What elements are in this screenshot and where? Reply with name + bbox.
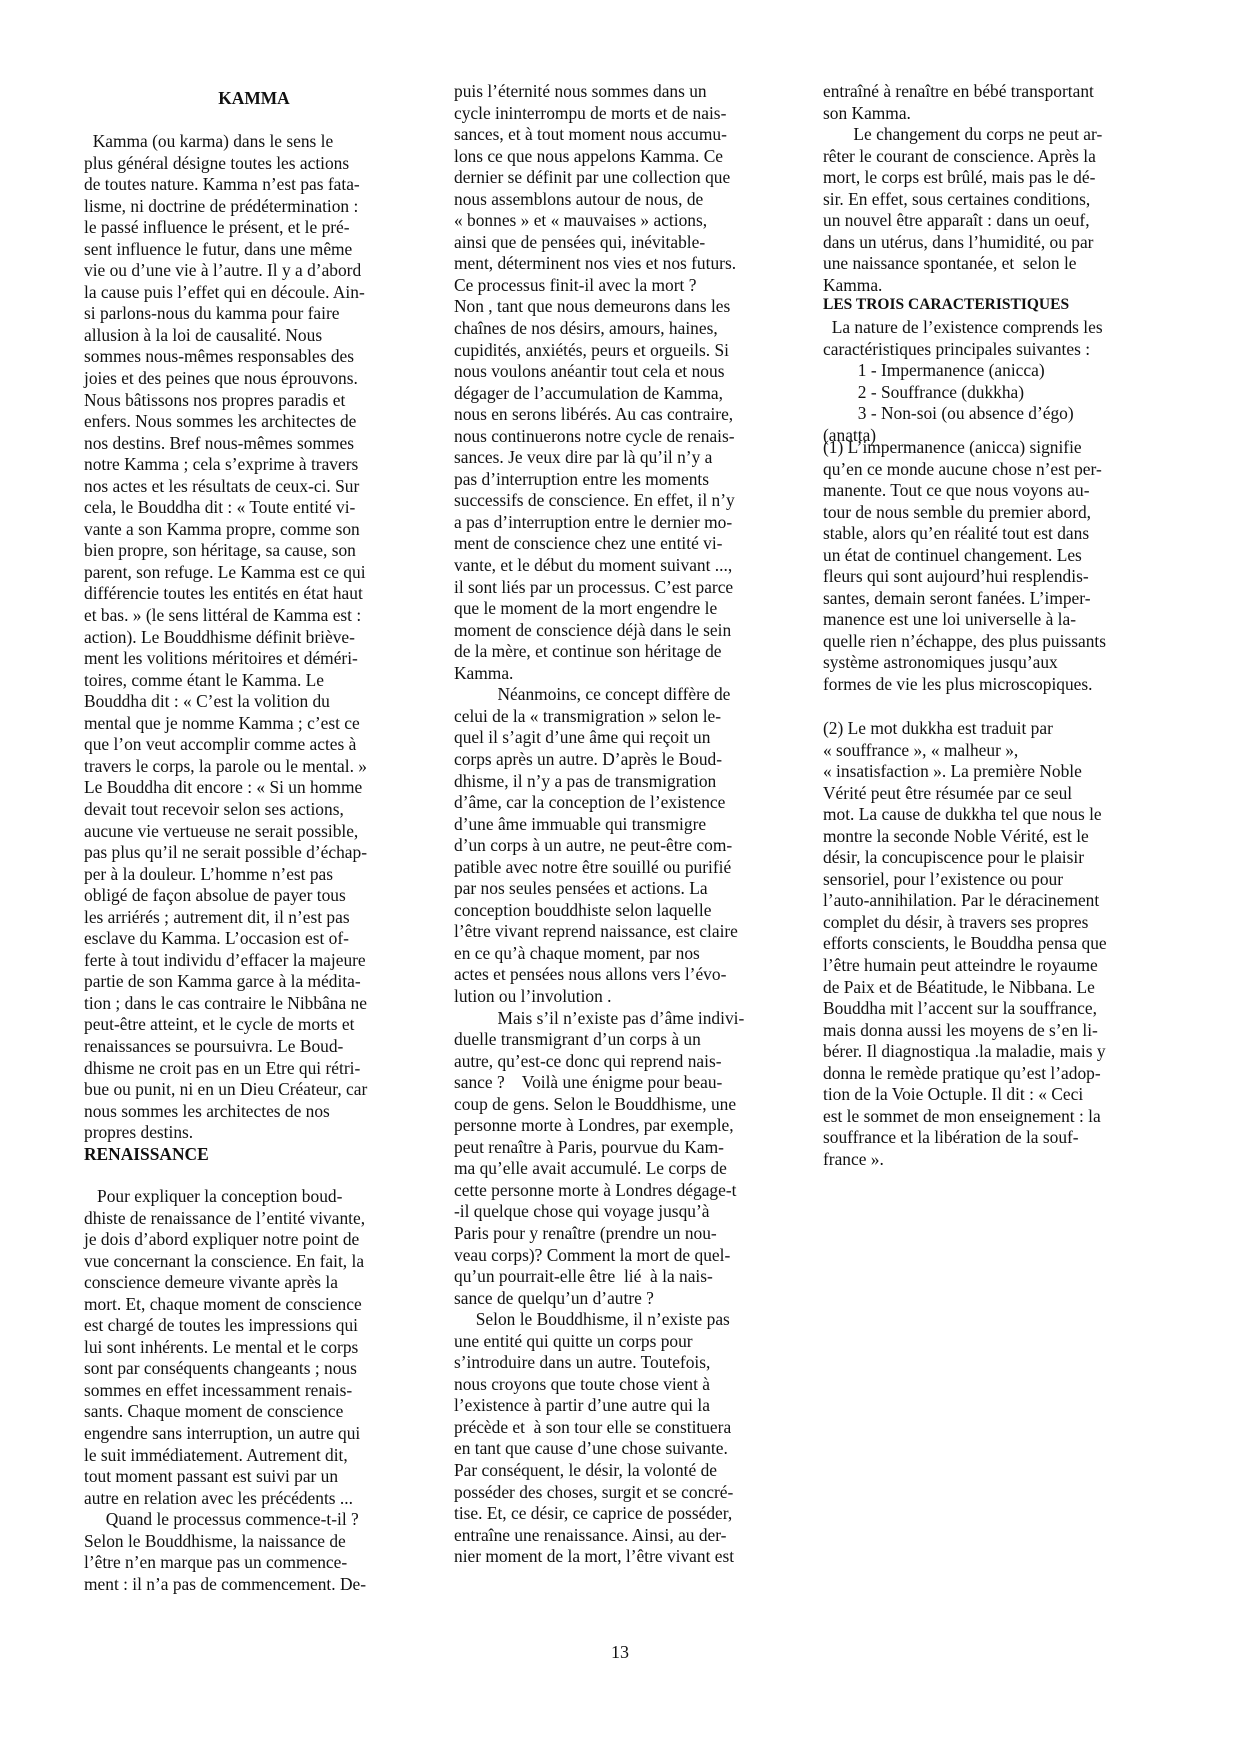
text-line: 2 - Souffrance (dukkha) bbox=[823, 382, 1163, 404]
text-line: sir. En effet, sous certaines conditions… bbox=[823, 189, 1163, 211]
text-line: sent influence le futur, dans une même bbox=[84, 239, 424, 261]
text-line: ment de conscience chez une entité vi- bbox=[454, 533, 794, 555]
text-line: cela, le Bouddha dit : « Toute entité vi… bbox=[84, 497, 424, 519]
text-line: dans un utérus, dans l’humidité, ou par bbox=[823, 232, 1163, 254]
text-line: une entité qui quitte un corps pour bbox=[454, 1331, 794, 1353]
paragraph: (1) L’impermanence (anicca) signifiequ’e… bbox=[823, 437, 1163, 696]
text-line: sants. Chaque moment de conscience bbox=[84, 1401, 424, 1423]
text-line: donna le remède pratique qu’est l’adop- bbox=[823, 1063, 1163, 1085]
text-line: puis l’éternité nous sommes dans un bbox=[454, 81, 794, 103]
text-line: sensoriel, pour l’existence ou pour bbox=[823, 869, 1163, 891]
text-line: différencie toutes les entités en état h… bbox=[84, 583, 424, 605]
text-line: france ». bbox=[823, 1149, 1163, 1171]
text-line: manence est une loi universelle à la- bbox=[823, 609, 1163, 631]
text-line: complet du désir, à travers ses propres bbox=[823, 912, 1163, 934]
text-line: nier moment de la mort, l’être vivant es… bbox=[454, 1546, 794, 1568]
text-line: Mais s’il n’existe pas d’âme indivi- bbox=[454, 1008, 794, 1030]
text-line: Néanmoins, ce concept diffère de bbox=[454, 684, 794, 706]
text-line: quelle rien n’échappe, des plus puissant… bbox=[823, 631, 1163, 653]
text-line: efforts conscients, le Bouddha pensa que bbox=[823, 933, 1163, 955]
text-line: propres destins. bbox=[84, 1122, 424, 1144]
text-line: joies et des peines que nous éprouvons. bbox=[84, 368, 424, 390]
text-line: devait tout recevoir selon ses actions, bbox=[84, 799, 424, 821]
text-line: enfers. Nous sommes les architectes de bbox=[84, 411, 424, 433]
text-line: entraîné à renaître en bébé transportant bbox=[823, 81, 1163, 103]
text-line: l’auto-annihilation. Par le déracinement bbox=[823, 890, 1163, 912]
text-line: tour de nous semble du premier abord, bbox=[823, 502, 1163, 524]
text-line: Nous bâtissons nos propres paradis et bbox=[84, 390, 424, 412]
text-line: aucune vie vertueuse ne serait possible, bbox=[84, 821, 424, 843]
text-line: montre la seconde Noble Vérité, est le bbox=[823, 826, 1163, 848]
text-line: Selon le Bouddhisme, il n’existe pas bbox=[454, 1309, 794, 1331]
text-line: Par conséquent, le désir, la volonté de bbox=[454, 1460, 794, 1482]
text-line: Pour expliquer la conception boud- bbox=[84, 1186, 424, 1208]
text-line: obligé de façon absolue de payer tous bbox=[84, 885, 424, 907]
text-line: ment : il n’a pas de commencement. De- bbox=[84, 1574, 424, 1596]
text-line: -il quelque chose qui voyage jusqu’à bbox=[454, 1201, 794, 1223]
text-line: d’âme, car la conception de l’existence bbox=[454, 792, 794, 814]
text-line: vue concernant la conscience. En fait, l… bbox=[84, 1251, 424, 1273]
text-line: un nouvel être apparaît : dans un oeuf, bbox=[823, 210, 1163, 232]
text-line: stable, alors qu’en réalité tout est dan… bbox=[823, 523, 1163, 545]
text-line: cupidités, anxiétés, peurs et orgueils. … bbox=[454, 340, 794, 362]
text-line: action). Le Bouddhisme définit briève- bbox=[84, 627, 424, 649]
text-line: sommes en effet incessamment renais- bbox=[84, 1380, 424, 1402]
text-line: nos destins. Bref nous-mêmes sommes bbox=[84, 433, 424, 455]
text-line: bue ou punit, ni en un Dieu Créateur, ca… bbox=[84, 1079, 424, 1101]
text-line: son Kamma. bbox=[823, 103, 1163, 125]
text-line: sommes nous-mêmes responsables des bbox=[84, 346, 424, 368]
text-line: dhiste de renaissance de l’entité vivant… bbox=[84, 1208, 424, 1230]
text-line: ferte à tout individu d’effacer la majeu… bbox=[84, 950, 424, 972]
text-line: 3 - Non-soi (ou absence d’égo) bbox=[823, 403, 1163, 425]
text-line: de toutes nature. Kamma n’est pas fata- bbox=[84, 174, 424, 196]
text-line: nous en serons libérés. Au cas contraire… bbox=[454, 404, 794, 426]
text-line: sances, et à tout moment nous accumu- bbox=[454, 124, 794, 146]
text-line: (1) L’impermanence (anicca) signifie bbox=[823, 437, 1163, 459]
text-line: peut renaître à Paris, pourvue du Kam- bbox=[454, 1137, 794, 1159]
text-line: santes, demain seront fanées. L’imper- bbox=[823, 588, 1163, 610]
text-line: est le sommet de mon enseignement : la bbox=[823, 1106, 1163, 1128]
text-line: Le Bouddha dit encore : « Si un homme bbox=[84, 777, 424, 799]
text-line: moment de conscience déjà dans le sein bbox=[454, 620, 794, 642]
text-line: sont par conséquents changeants ; nous bbox=[84, 1358, 424, 1380]
text-line: cycle ininterrompu de morts et de nais- bbox=[454, 103, 794, 125]
text-line: est chargé de toutes les impressions qui bbox=[84, 1315, 424, 1337]
text-line: La nature de l’existence comprends les bbox=[823, 317, 1163, 339]
paragraph: puis l’éternité nous sommes dans uncycle… bbox=[454, 81, 794, 1568]
text-line: chaînes de nos désirs, amours, haines, bbox=[454, 318, 794, 340]
text-line: formes de vie les plus microscopiques. bbox=[823, 674, 1163, 696]
text-line: veau corps)? Comment la mort de quel- bbox=[454, 1245, 794, 1267]
text-line: manente. Tout ce que nous voyons au- bbox=[823, 480, 1163, 502]
text-line: l’être n’en marque pas un commence- bbox=[84, 1552, 424, 1574]
text-line: d’un corps à un autre, ne peut-être com- bbox=[454, 835, 794, 857]
text-line: pas plus qu’il ne serait possible d’écha… bbox=[84, 842, 424, 864]
text-line: coup de gens. Selon le Bouddhisme, une bbox=[454, 1094, 794, 1116]
text-line: parent, son refuge. Le Kamma est ce qui bbox=[84, 562, 424, 584]
text-line: peut-être atteint, et le cycle de morts … bbox=[84, 1014, 424, 1036]
text-line: les arriérés ; autrement dit, il n’est p… bbox=[84, 907, 424, 929]
text-line: nous voulons anéantir tout cela et nous bbox=[454, 361, 794, 383]
text-line: l’existence à partir d’une autre qui la bbox=[454, 1395, 794, 1417]
text-line: s’introduire dans un autre. Toutefois, bbox=[454, 1352, 794, 1374]
text-line: d’une âme immuable qui transmigre bbox=[454, 814, 794, 836]
text-line: plus général désigne toutes les actions bbox=[84, 153, 424, 175]
text-line: rêter le courant de conscience. Après la bbox=[823, 146, 1163, 168]
text-line: per à la douleur. L’homme n’est pas bbox=[84, 864, 424, 886]
text-line: allusion à la loi de causalité. Nous bbox=[84, 325, 424, 347]
text-line: un état de continuel changement. Les bbox=[823, 545, 1163, 567]
text-line: dhisme ne croit pas en un Etre qui rétri… bbox=[84, 1058, 424, 1080]
text-line: la cause puis l’effet qui en découle. Ai… bbox=[84, 282, 424, 304]
text-line: successifs de conscience. En effet, il n… bbox=[454, 490, 794, 512]
text-line: « insatisfaction ». La première Noble bbox=[823, 761, 1163, 783]
text-line: bien propre, son héritage, sa cause, son bbox=[84, 540, 424, 562]
text-line: dhisme, il n’y a pas de transmigration bbox=[454, 771, 794, 793]
text-line: nous continuerons notre cycle de renais- bbox=[454, 426, 794, 448]
text-line: tion ; dans le cas contraire le Nibbâna … bbox=[84, 993, 424, 1015]
text-line: lui sont inhérents. Le mental et le corp… bbox=[84, 1337, 424, 1359]
text-line: quel il s’agit d’une âme qui reçoit un bbox=[454, 727, 794, 749]
text-line: Selon le Bouddhisme, la naissance de bbox=[84, 1531, 424, 1553]
text-line: caractéristiques principales suivantes : bbox=[823, 339, 1163, 361]
text-line: je dois d’abord expliquer notre point de bbox=[84, 1229, 424, 1251]
text-line: ment les volitions méritoires et déméri- bbox=[84, 648, 424, 670]
text-line: qu’en ce monde aucune chose n’est per- bbox=[823, 459, 1163, 481]
text-line: l’être vivant reprend naissance, est cla… bbox=[454, 921, 794, 943]
text-line: en tant que cause d’une chose suivante. bbox=[454, 1438, 794, 1460]
text-line: système astronomiques jusqu’aux bbox=[823, 652, 1163, 674]
paragraph: (2) Le mot dukkha est traduit par« souff… bbox=[823, 718, 1163, 1170]
text-line: « bonnes » et « mauvaises » actions, bbox=[454, 210, 794, 232]
section-heading: KAMMA bbox=[84, 88, 424, 110]
text-line: fleurs qui sont aujourd’hui resplendis- bbox=[823, 566, 1163, 588]
text-line: Paris pour y renaître (prendre un nou- bbox=[454, 1223, 794, 1245]
text-line: cette personne morte à Londres dégage-t bbox=[454, 1180, 794, 1202]
text-line: mental que je nomme Kamma ; c’est ce bbox=[84, 713, 424, 735]
text-line: ma qu’elle avait accumulé. Le corps de bbox=[454, 1158, 794, 1180]
text-line: actes et pensées nous allons vers l’évo- bbox=[454, 964, 794, 986]
text-line: sances. Je veux dire par là qu’il n’y a bbox=[454, 447, 794, 469]
text-line: patible avec notre être souillé ou purif… bbox=[454, 857, 794, 879]
text-line: que le moment de la mort engendre le bbox=[454, 598, 794, 620]
text-line: dernier se définit par une collection qu… bbox=[454, 167, 794, 189]
text-line: ment, déterminent nos vies et nos futurs… bbox=[454, 253, 794, 275]
paragraph: La nature de l’existence comprends lesca… bbox=[823, 317, 1163, 446]
text-line: pas d’interruption entre les moments bbox=[454, 469, 794, 491]
text-line: le suit immédiatement. Autrement dit, bbox=[84, 1445, 424, 1467]
text-line: 1 - Impermanence (anicca) bbox=[823, 360, 1163, 382]
text-line: souffrance et la libération de la souf- bbox=[823, 1127, 1163, 1149]
text-line: Bouddha dit : « C’est la volition du bbox=[84, 691, 424, 713]
text-line: nos actes et les résultats de ceux-ci. S… bbox=[84, 476, 424, 498]
text-line: qu’un pourrait-elle être lié à la nais- bbox=[454, 1266, 794, 1288]
text-line: Non , tant que nous demeurons dans les bbox=[454, 296, 794, 318]
text-line: si parlons-nous du kamma pour faire bbox=[84, 303, 424, 325]
page-number: 13 bbox=[0, 1642, 1240, 1663]
text-line: notre Kamma ; cela s’exprime à travers bbox=[84, 454, 424, 476]
text-line: conception bouddhiste selon laquelle bbox=[454, 900, 794, 922]
text-line: Bouddha mit l’accent sur la souffrance, bbox=[823, 998, 1163, 1020]
text-line: mais donna aussi les moyens de s’en li- bbox=[823, 1020, 1163, 1042]
text-line: Vérité peut être résumée par ce seul bbox=[823, 783, 1163, 805]
text-line: duelle transmigrant d’un corps à un bbox=[454, 1029, 794, 1051]
text-line: lisme, ni doctrine de prédétermination : bbox=[84, 196, 424, 218]
text-line: dégager de l’accumulation de Kamma, bbox=[454, 383, 794, 405]
text-line: vante, et le début du moment suivant ...… bbox=[454, 555, 794, 577]
text-line: vante a son Kamma propre, comme son bbox=[84, 519, 424, 541]
text-line: bérer. Il diagnostiqua .la maladie, mais… bbox=[823, 1041, 1163, 1063]
text-line: et bas. » (le sens littéral de Kamma est… bbox=[84, 605, 424, 627]
section-heading: LES TROIS CARACTERISTIQUES bbox=[823, 294, 1163, 316]
text-line: vie ou d’une vie à l’autre. Il y a d’abo… bbox=[84, 260, 424, 282]
text-line: désir, la concupiscence pour le plaisir bbox=[823, 847, 1163, 869]
text-line: tion de la Voie Octuple. Il dit : « Ceci bbox=[823, 1084, 1163, 1106]
paragraph: Pour expliquer la conception boud-dhiste… bbox=[84, 1186, 424, 1595]
text-line: renaissances se poursuivra. Le Boud- bbox=[84, 1036, 424, 1058]
text-line: tise. Et, ce désir, ce caprice de posséd… bbox=[454, 1503, 794, 1525]
paragraph: entraîné à renaître en bébé transportant… bbox=[823, 81, 1163, 296]
text-line: Le changement du corps ne peut ar- bbox=[823, 124, 1163, 146]
text-line: toires, comme étant le Kamma. Le bbox=[84, 670, 424, 692]
text-line: engendre sans interruption, un autre qui bbox=[84, 1423, 424, 1445]
text-line: l’être humain peut atteindre le royaume bbox=[823, 955, 1163, 977]
text-line: autre, qu’est-ce donc qui reprend nais- bbox=[454, 1051, 794, 1073]
text-line: le passé influence le présent, et le pré… bbox=[84, 217, 424, 239]
text-line: mot. La cause de dukkha tel que nous le bbox=[823, 804, 1163, 826]
text-line: a pas d’interruption entre le dernier mo… bbox=[454, 512, 794, 534]
text-line: Ce processus finit-il avec la mort ? bbox=[454, 275, 794, 297]
text-line: personne morte à Londres, par exemple, bbox=[454, 1115, 794, 1137]
text-line: sance ? Voilà une énigme pour beau- bbox=[454, 1072, 794, 1094]
text-line: posséder des choses, surgit et se concré… bbox=[454, 1482, 794, 1504]
text-line: Quand le processus commence-t-il ? bbox=[84, 1509, 424, 1531]
text-line: (2) Le mot dukkha est traduit par bbox=[823, 718, 1163, 740]
text-line: travers le corps, la parole ou le mental… bbox=[84, 756, 424, 778]
text-line: corps après un autre. D’après le Boud- bbox=[454, 749, 794, 771]
text-line: sance de quelqu’un d’autre ? bbox=[454, 1288, 794, 1310]
text-line: Kamma. bbox=[454, 663, 794, 685]
paragraph: Kamma (ou karma) dans le sens leplus gén… bbox=[84, 131, 424, 1144]
text-line: ainsi que de pensées qui, inévitable- bbox=[454, 232, 794, 254]
text-line: conscience demeure vivante après la bbox=[84, 1272, 424, 1294]
text-line: il sont liés par un processus. C’est par… bbox=[454, 577, 794, 599]
text-line: que l’on veut accomplir comme actes à bbox=[84, 734, 424, 756]
text-line: autre en relation avec les précédents ..… bbox=[84, 1488, 424, 1510]
text-line: nous croyons que toute chose vient à bbox=[454, 1374, 794, 1396]
text-line: nous assemblons autour de nous, de bbox=[454, 189, 794, 211]
text-line: partie de son Kamma garce à la médita- bbox=[84, 971, 424, 993]
text-line: de la mère, et continue son héritage de bbox=[454, 641, 794, 663]
text-line: nous sommes les architectes de nos bbox=[84, 1101, 424, 1123]
text-line: entraîne une renaissance. Ainsi, au der- bbox=[454, 1525, 794, 1547]
text-line: en ce qu’à chaque moment, par nos bbox=[454, 943, 794, 965]
text-line: précède et à son tour elle se constituer… bbox=[454, 1417, 794, 1439]
section-heading: RENAISSANCE bbox=[84, 1144, 424, 1166]
text-line: une naissance spontanée, et selon le bbox=[823, 253, 1163, 275]
text-line: mort. Et, chaque moment de conscience bbox=[84, 1294, 424, 1316]
text-line: mort, le corps est brûlé, mais pas le dé… bbox=[823, 167, 1163, 189]
text-line: par nos seules pensées et actions. La bbox=[454, 878, 794, 900]
text-line: celui de la « transmigration » selon le- bbox=[454, 706, 794, 728]
text-line: lution ou l’involution . bbox=[454, 986, 794, 1008]
text-line: « souffrance », « malheur », bbox=[823, 740, 1163, 762]
text-line: tout moment passant est suivi par un bbox=[84, 1466, 424, 1488]
text-line: esclave du Kamma. L’occasion est of- bbox=[84, 928, 424, 950]
text-line: Kamma (ou karma) dans le sens le bbox=[84, 131, 424, 153]
text-line: lons ce que nous appelons Kamma. Ce bbox=[454, 146, 794, 168]
text-line: de Paix et de Béatitude, le Nibbana. Le bbox=[823, 977, 1163, 999]
